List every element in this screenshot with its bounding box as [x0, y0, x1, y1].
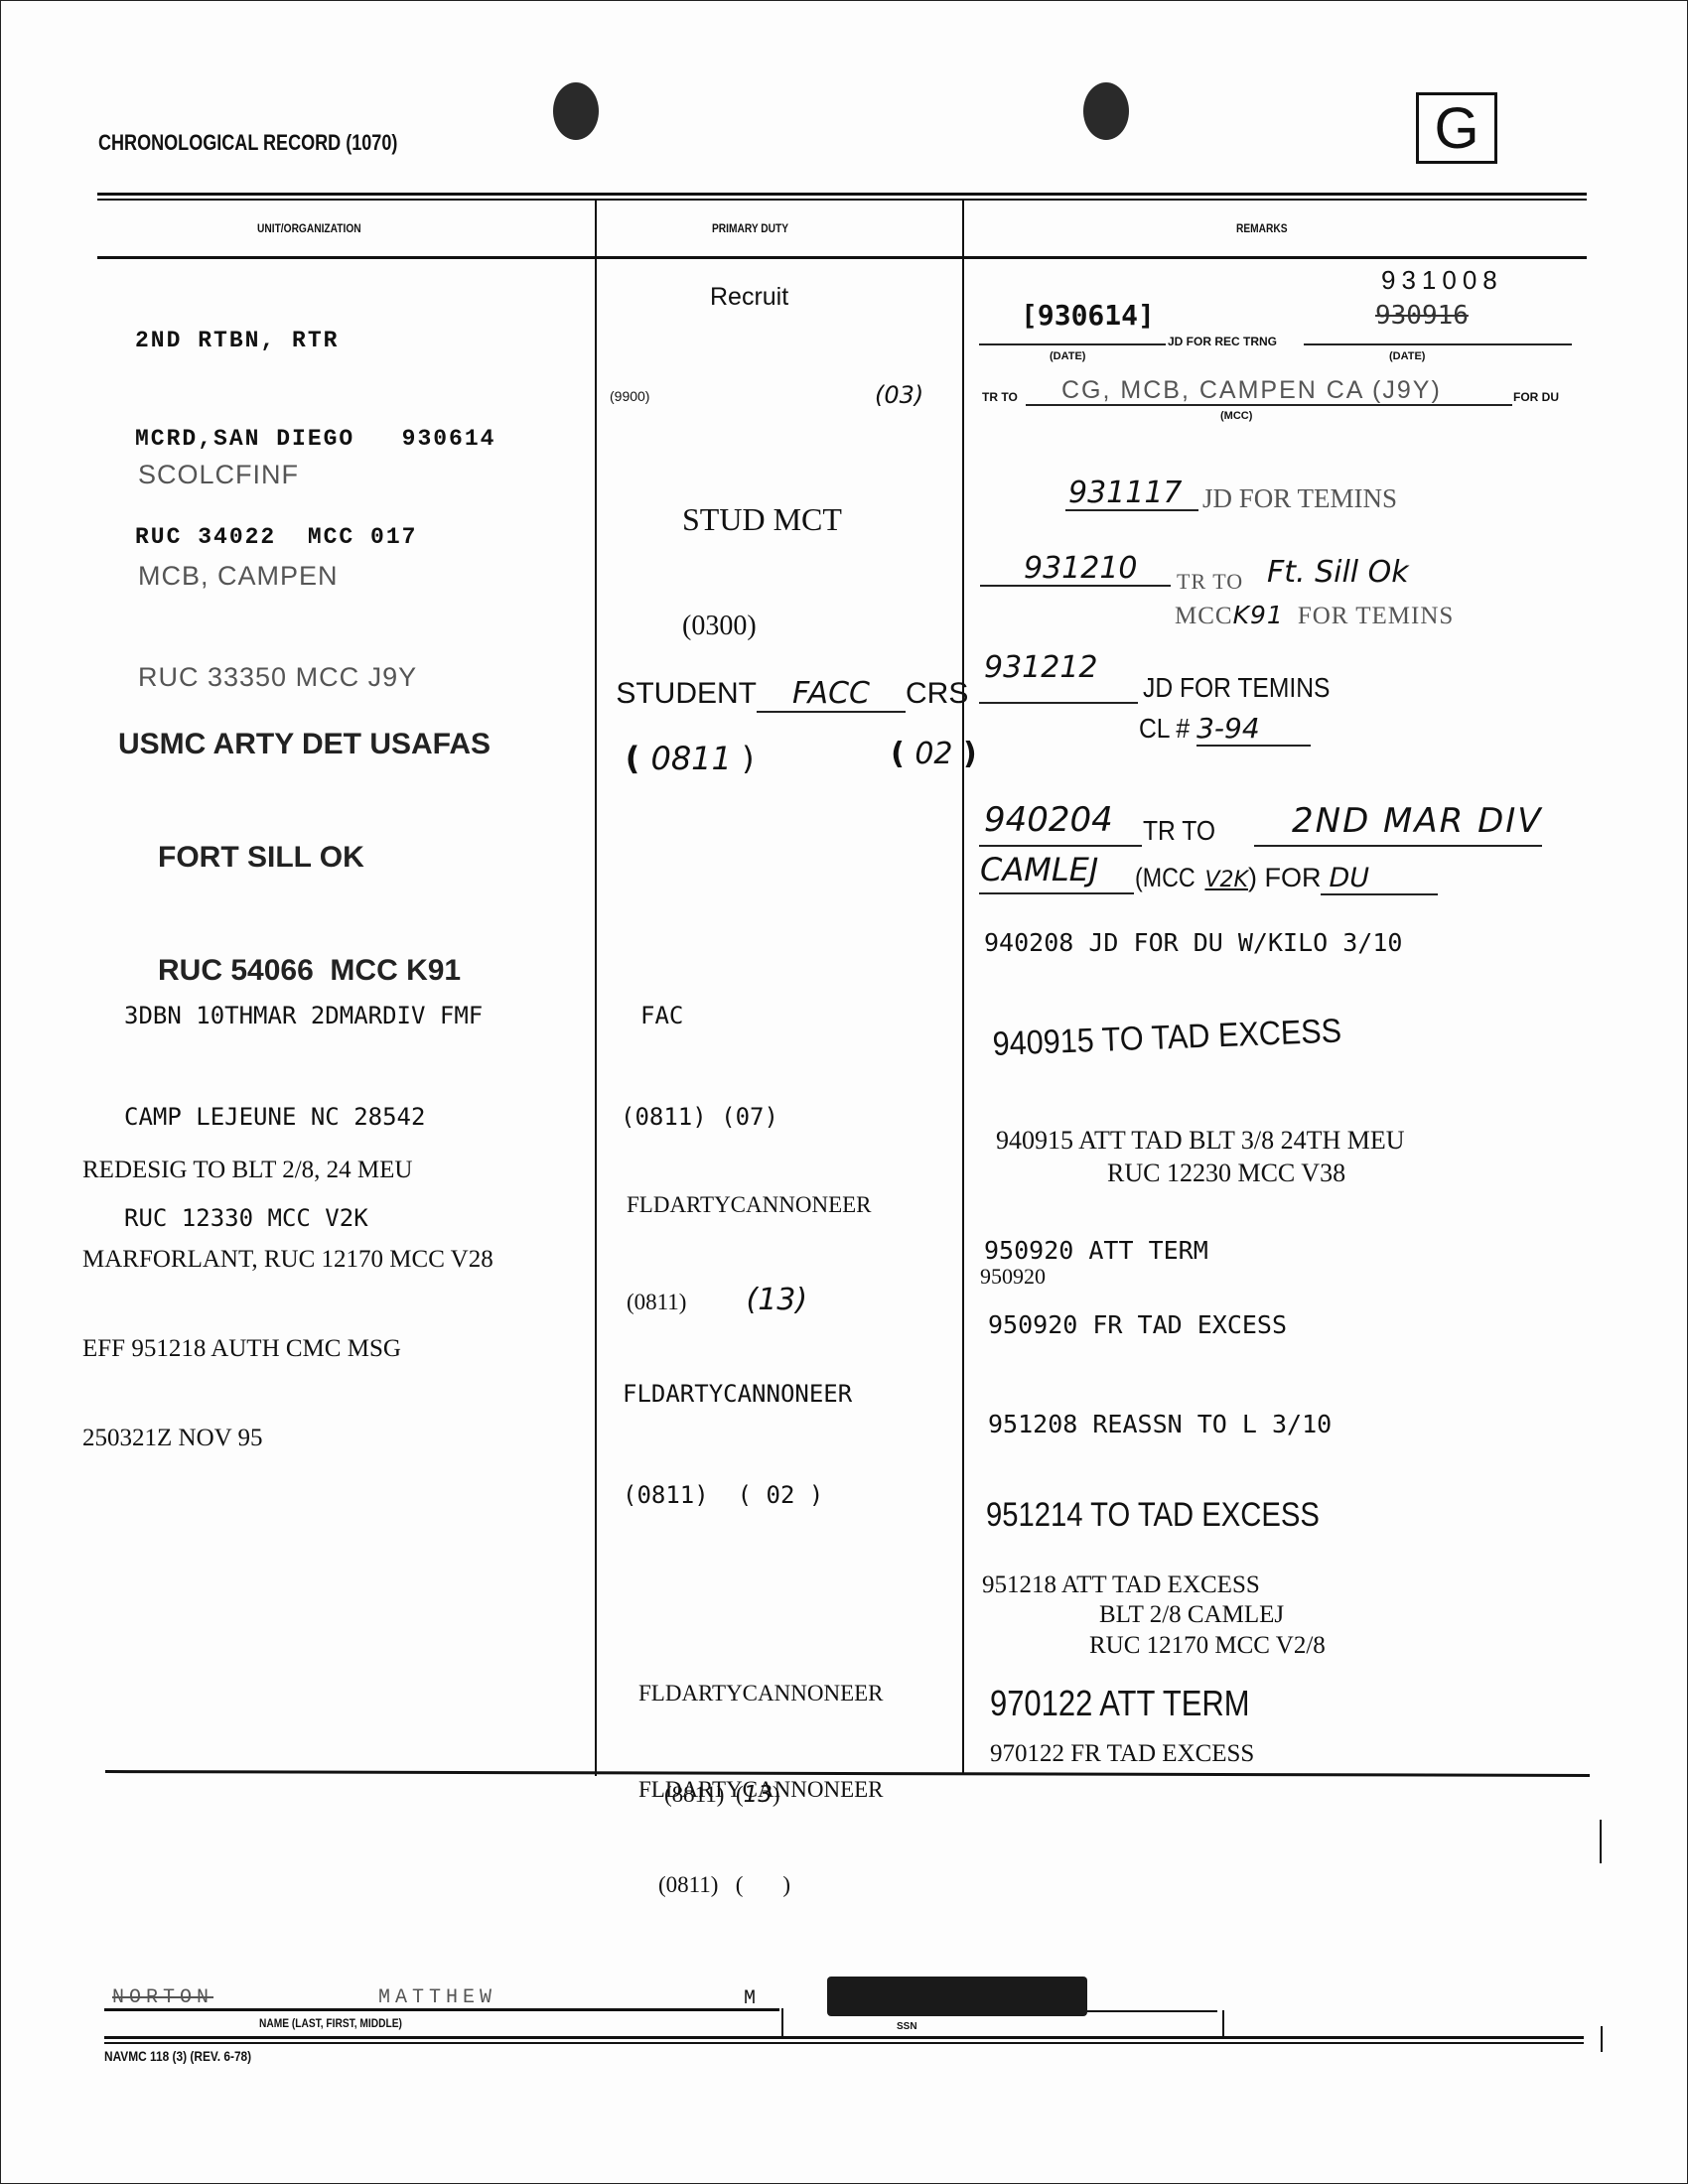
- duty-recruit-level: (03): [875, 381, 923, 409]
- footer-right-tick: [1601, 2026, 1603, 2052]
- unit-line: USMC ARTY DET USAFAS: [118, 726, 491, 763]
- duty-recruit-code: (9900): [610, 388, 649, 404]
- level-value: 03: [884, 381, 914, 409]
- duty-code-line: (0811) (): [638, 1869, 884, 1901]
- footer-last-name: NORTON: [112, 1986, 213, 2009]
- duty-title: FAC: [621, 999, 778, 1032]
- ssn-label: SSN: [897, 2021, 917, 2032]
- rec-trng-date-struck: 930916: [1375, 301, 1469, 331]
- name-line: [104, 2008, 779, 2011]
- remark-950920-att-term: 950920 ATT TERM: [984, 1236, 1208, 1265]
- remark-950920-date: 950920: [980, 1264, 1046, 1290]
- remark-940915-ruc: RUC 12230 MCC V38: [1107, 1159, 1345, 1188]
- tr-to-label: TR TO: [982, 390, 1018, 404]
- for-temins-label: FOR TEMINS: [1298, 603, 1455, 629]
- date-joined-underline: [979, 343, 1166, 345]
- name-field-label: NAME (LAST, FIRST, MIDDLE): [259, 2016, 402, 2030]
- remark-940208: 940208 JD FOR DU W/KILO 3/10: [984, 928, 1402, 957]
- footer-rule: [104, 2036, 1584, 2039]
- tr-to-underline: [1026, 404, 1512, 406]
- transfer-mcc: (MCCV2K) FORDU: [1135, 863, 1438, 895]
- remark-951214: 951214 TO TAD EXCESS: [986, 1496, 1320, 1535]
- duty-cannoneer-2: FLDARTYCANNONEER (0811) ( 02 ): [623, 1309, 852, 1579]
- top-rule: [97, 193, 1587, 196]
- transfer-dest-underline: [1254, 845, 1542, 847]
- column-header-unit: UNIT/ORGANIZATION: [257, 221, 361, 235]
- remark-970122-fr-tad: 970122 FR TAD EXCESS: [990, 1740, 1254, 1768]
- unit-line: 250321Z NOV 95: [82, 1424, 493, 1453]
- footer-middle-initial: M: [744, 1987, 756, 2010]
- duty-title: STUD MCT: [682, 501, 842, 537]
- duty-recruit: Recruit: [710, 283, 788, 312]
- unit-line: SCOLCFINF: [138, 458, 417, 491]
- remark-940915-att: 940915 ATT TAD BLT 3/8 24TH MEU: [996, 1126, 1405, 1156]
- temins1-date: 931117: [1068, 476, 1183, 510]
- unit-line: MCB, CAMPEN: [138, 559, 417, 593]
- temins3-date: 931212: [984, 650, 1098, 685]
- footer-first-name: MATTHEW: [378, 1986, 496, 2009]
- unit-line: FORT SILL OK: [118, 839, 491, 877]
- date-caption-1: (DATE): [1050, 350, 1085, 362]
- remark-951218-ruc: RUC 12170 MCC V2/8: [1089, 1632, 1326, 1660]
- column-divider-1: [595, 200, 597, 1776]
- right-margin-tick: [1600, 1820, 1602, 1863]
- punch-hole-right: [1083, 82, 1129, 140]
- form-title: CHRONOLOGICAL RECORD (1070): [98, 130, 397, 156]
- remark-951208: 951208 REASSN TO L 3/10: [988, 1410, 1332, 1438]
- for-label: ) FOR: [1248, 863, 1322, 892]
- duty-cannoneer-4: FLDARTYCANNONEER (0811) (): [638, 1710, 884, 1965]
- tab-letter-box: G: [1416, 92, 1497, 164]
- name-ssn-divider: [781, 2008, 783, 2038]
- mos-code: (0811): [658, 1872, 718, 1897]
- temins1-text: JD FOR TEMINS: [1202, 483, 1397, 514]
- unit-line: 2ND RTBN, RTR: [135, 325, 495, 357]
- temins3-text: JD FOR TEMINS: [1143, 672, 1330, 704]
- column-header-remarks: REMARKS: [1236, 221, 1288, 235]
- duty-student-code: ( 0811 ): [585, 702, 755, 815]
- tr-to-value: CG, MCB, CAMPEN CA (J9Y): [1061, 376, 1442, 405]
- transfer-dest: 2ND MAR DIV: [1292, 801, 1543, 841]
- footer-rule-2: [104, 2042, 1584, 2044]
- mcc-label: MCC: [1175, 603, 1233, 629]
- mcc-value: V2K: [1204, 868, 1247, 892]
- transfer-dest2-underline: [979, 892, 1134, 894]
- transfer-date-underline: [979, 845, 1142, 847]
- form-number: NAVMC 118 (3) (REV. 6-78): [104, 2048, 251, 2064]
- duty-code: (0300): [682, 609, 842, 644]
- temins2-tr-to: TR TO: [1177, 569, 1243, 595]
- temins3-class: CL #3-94: [1139, 712, 1311, 747]
- for-du-label: FOR DU: [1513, 390, 1559, 404]
- document-page: CHRONOLOGICAL RECORD (1070) G UNIT/ORGAN…: [0, 0, 1688, 2184]
- column-divider-2: [962, 200, 964, 1774]
- remark-940915-tad: 940915 TO TAD EXCESS: [992, 1013, 1342, 1064]
- temins2-underline: [980, 585, 1171, 587]
- remark-970122-att-term: 970122 ATT TERM: [990, 1683, 1250, 1724]
- remark-951218: 951218 ATT TAD EXCESS: [982, 1571, 1260, 1599]
- rec-trng-date-completed: 931008: [1381, 265, 1503, 296]
- class-label: CL #: [1139, 713, 1190, 745]
- mcc-label: (MCC: [1135, 863, 1196, 893]
- column-header-duty: PRIMARY DUTY: [712, 221, 788, 235]
- date-value: 930614: [1038, 299, 1138, 332]
- temins2-date: 931210: [1024, 551, 1138, 586]
- unit-line: MARFORLANT, RUC 12170 MCC V28: [82, 1245, 493, 1275]
- transfer-date: 940204: [984, 800, 1113, 840]
- temins1-underline: [1065, 509, 1198, 511]
- temins3-underline: [979, 702, 1138, 704]
- tab-letter: G: [1434, 95, 1478, 162]
- ssn-right-edge: [1222, 2010, 1224, 2038]
- for-value: DU: [1321, 863, 1438, 895]
- level-value: 02: [914, 737, 952, 771]
- mos-code: 0811: [650, 740, 731, 777]
- transfer-dest2: CAMLEJ: [980, 851, 1098, 888]
- unit-line: EFF 951218 AUTH CMC MSG: [82, 1334, 493, 1364]
- jd-for-rec-trng-label: JD FOR REC TRNG: [1168, 335, 1277, 348]
- top-rule-2: [97, 199, 1587, 201]
- date-caption-2: (DATE): [1389, 350, 1425, 362]
- duty-title: FLDARTYCANNONEER: [638, 1774, 884, 1806]
- date-completed-underline: [1304, 343, 1572, 345]
- remark-951218-blt: BLT 2/8 CAMLEJ: [1099, 1601, 1284, 1629]
- unit-entry-5: REDESIG TO BLT 2/8, 24 MEU MARFORLANT, R…: [82, 1096, 493, 1513]
- mcc-caption: (MCC): [1220, 410, 1252, 422]
- class-value: 3-94: [1196, 712, 1311, 747]
- duty-student-level: ( 02 ): [853, 702, 977, 806]
- unit-line: 3DBN 10THMAR 2DMARDIV FMF: [124, 999, 483, 1032]
- duty-code: (0811) ( 02 ): [623, 1478, 852, 1512]
- duty-title: FLDARTYCANNONEER: [627, 1189, 872, 1221]
- temins2-line2: MCCK91FOR TEMINS: [1175, 601, 1454, 630]
- rec-trng-date-joined: [930614]: [1021, 299, 1155, 332]
- ssn-redaction: [827, 1977, 1087, 2016]
- remark-950920-fr-tad: 950920 FR TAD EXCESS: [988, 1310, 1287, 1339]
- duty-title: FLDARTYCANNONEER: [623, 1377, 852, 1411]
- temins2-dest: Ft. Sill Ok: [1267, 555, 1409, 590]
- transfer-tr-to-label: TR TO: [1143, 815, 1215, 847]
- duty-title: FLDARTYCANNONEER: [638, 1677, 884, 1710]
- unit-line: REDESIG TO BLT 2/8, 24 MEU: [82, 1156, 493, 1185]
- punch-hole-left: [553, 82, 599, 140]
- mcc-value: K91: [1233, 601, 1284, 629]
